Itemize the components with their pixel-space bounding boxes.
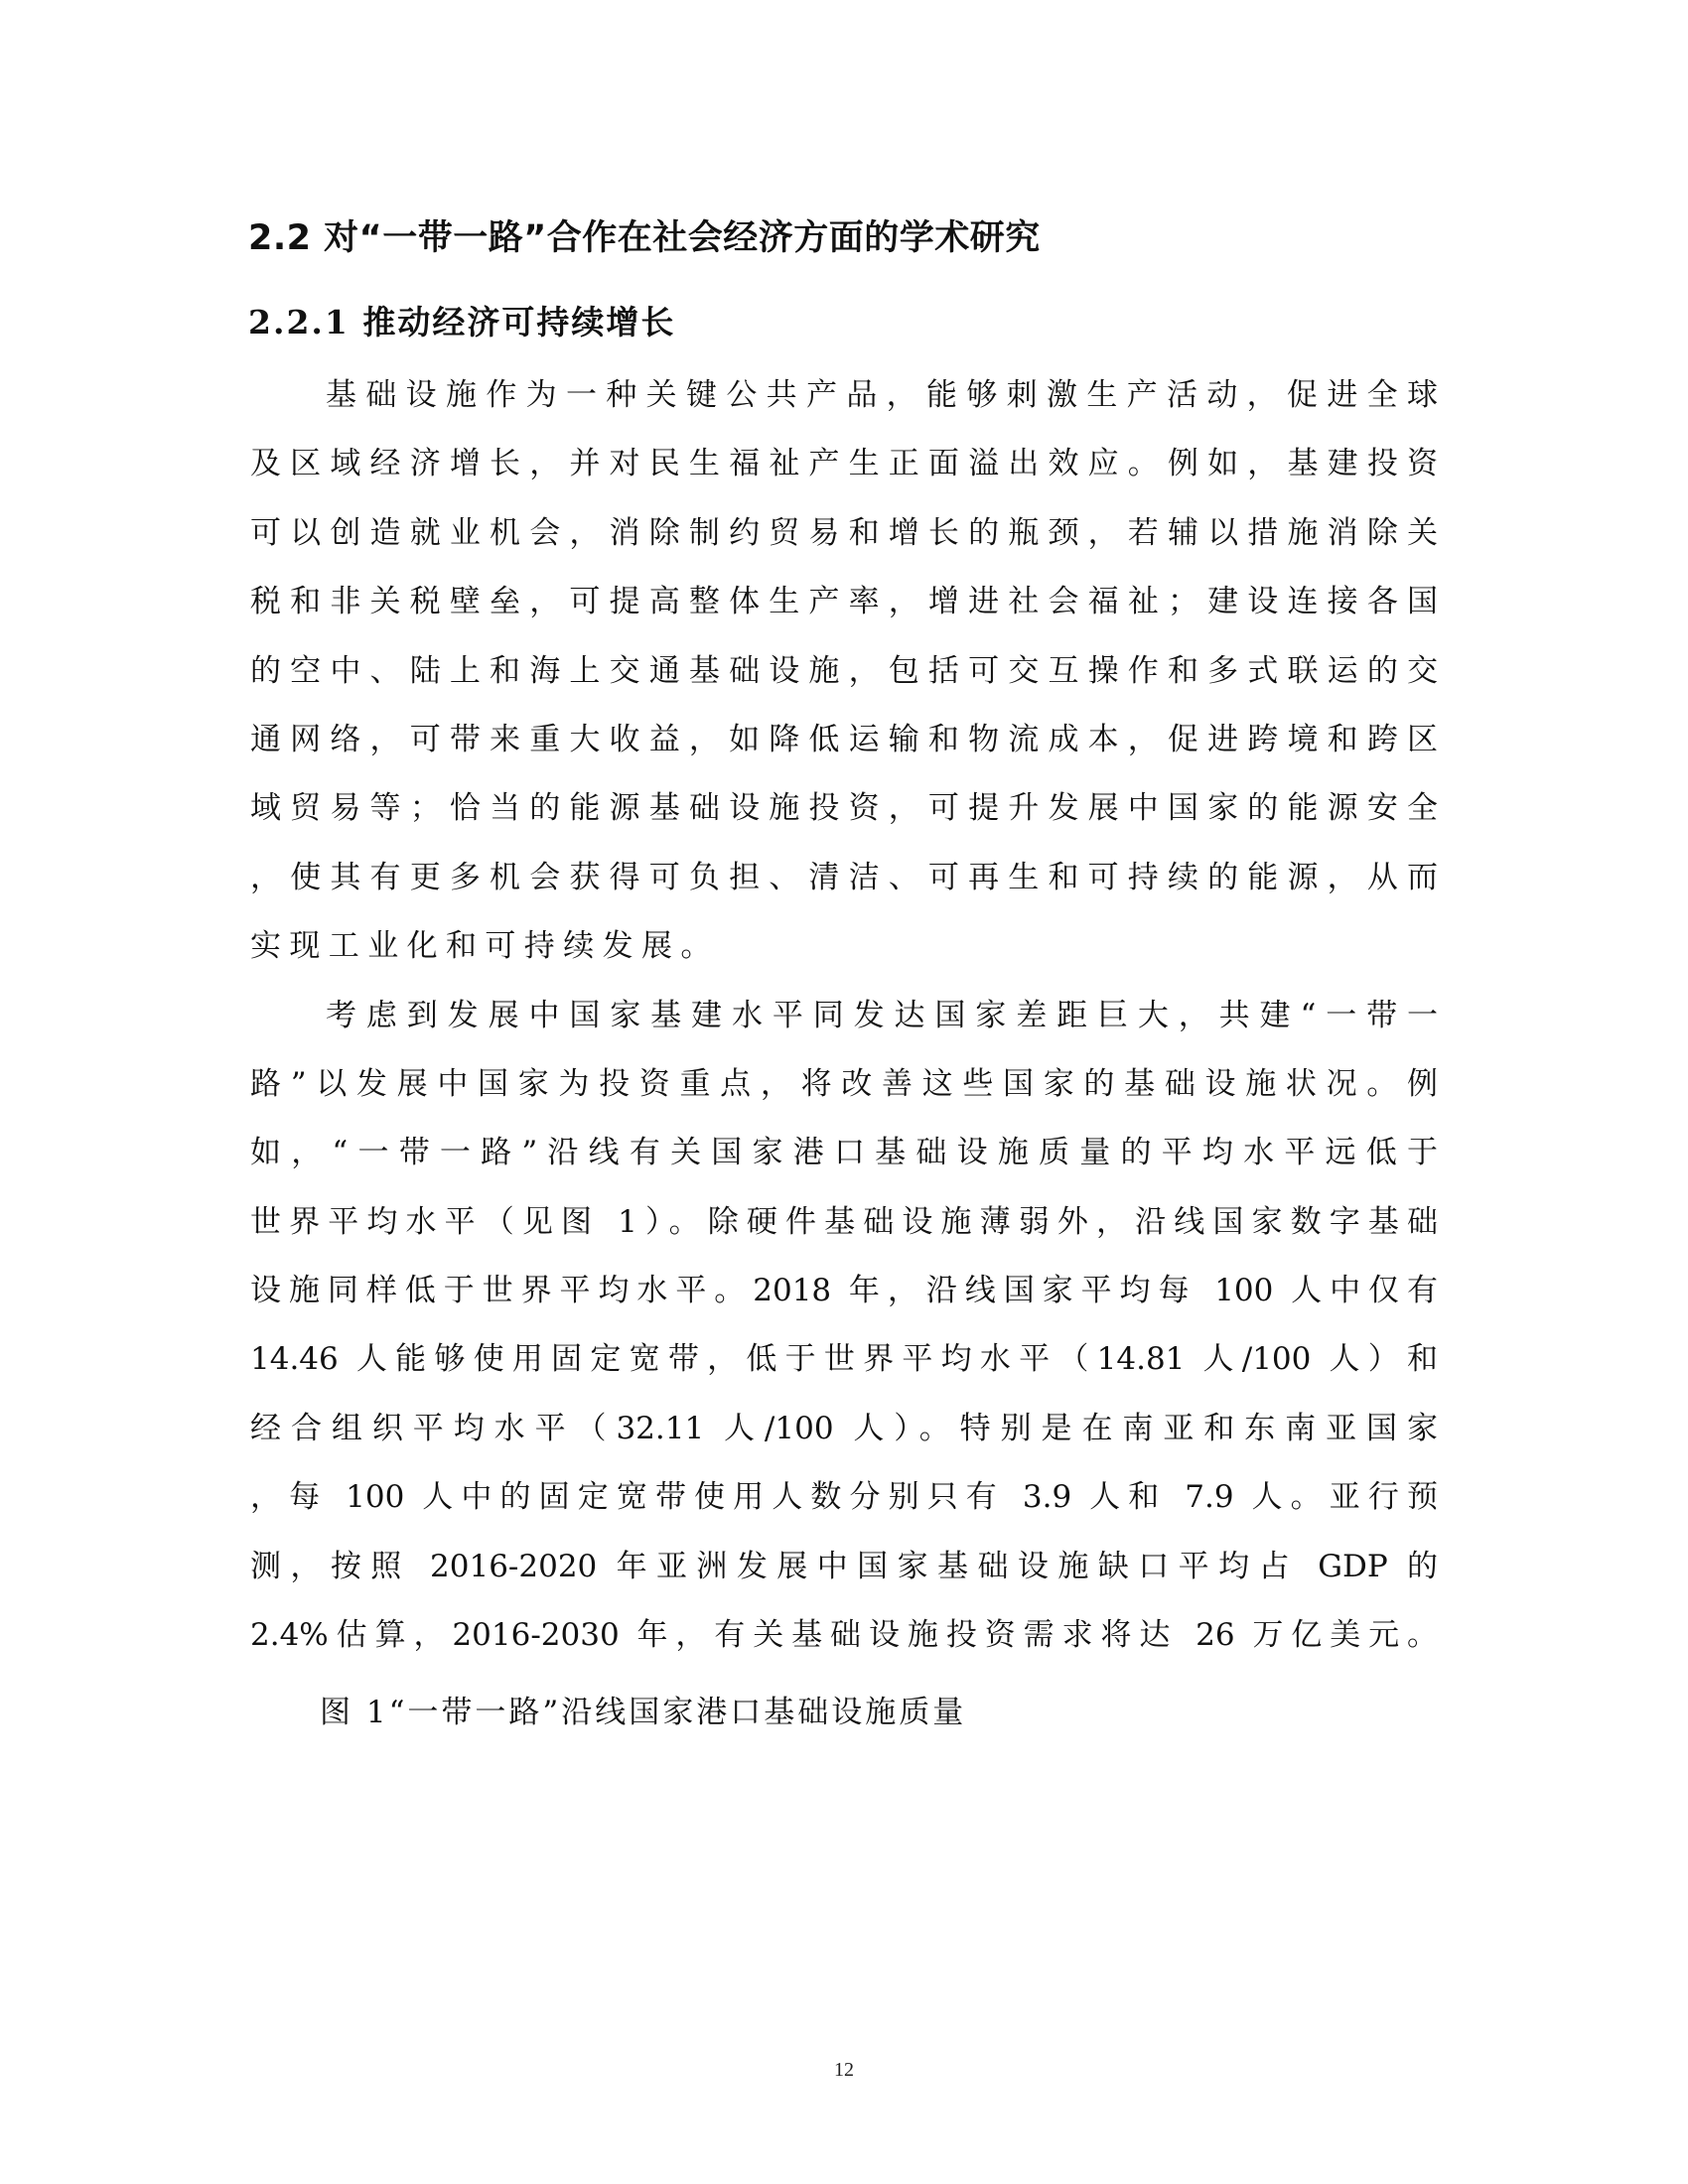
section-heading: 2.2 对“一带一路”合作在社会经济方面的学术研究 — [248, 214, 1440, 262]
text-line: 及区域经济增长，并对民生福祉产生正面溢出效应。例如，基建投资 — [250, 439, 1438, 507]
document-page: 2.2 对“一带一路”合作在社会经济方面的学术研究 2.2.1 推动经济可持续增… — [0, 0, 1688, 2184]
text-line: 如，“一带一路”沿线有关国家港口基础设施质量的平均水平远低于 — [250, 1128, 1438, 1196]
page-number: 12 — [0, 2055, 1688, 2085]
subsection-heading: 2.2.1 推动经济可持续增长 — [248, 300, 1440, 345]
text-line: ，使其有更多机会获得可负担、清洁、可再生和可持续的能源，从而 — [250, 853, 1438, 921]
text-line: 税和非关税壁垒，可提高整体生产率，增进社会福祉；建设连接各国 — [250, 577, 1438, 645]
text-line: 可以创造就业机会，消除制约贸易和增长的瓶颈，若辅以措施消除关 — [250, 508, 1438, 577]
paragraph-2: 考虑到发展中国家基建水平同发达国家差距巨大，共建“一带一 路”以发展中国家为投资… — [250, 991, 1438, 1680]
paragraph-1: 基础设施作为一种关键公共产品，能够刺激生产活动，促进全球 及区域经济增长，并对民… — [250, 370, 1438, 991]
text-line: 实现工业化和可持续发展。 — [250, 921, 1438, 990]
figure-caption: 图 1“一带一路”沿线国家港口基础设施质量 — [320, 1688, 966, 1737]
text-line: 通网络，可带来重大收益，如降低运输和物流成本，促进跨境和跨区 — [250, 715, 1438, 783]
text-line: 设施同样低于世界平均水平。2018 年，沿线国家平均每 100 人中仅有 — [250, 1266, 1438, 1334]
text-line: 路”以发展中国家为投资重点，将改善这些国家的基础设施状况。例 — [250, 1059, 1438, 1128]
text-line: 经合组织平均水平（32.11 人/100 人）。特别是在南亚和东南亚国家 — [250, 1404, 1438, 1472]
text-line: 世界平均水平（见图 1）。除硬件基础设施薄弱外，沿线国家数字基础 — [250, 1197, 1438, 1266]
text-line: 域贸易等；恰当的能源基础设施投资，可提升发展中国家的能源安全 — [250, 783, 1438, 852]
text-line: 14.46 人能够使用固定宽带，低于世界平均水平（14.81 人/100 人）和 — [250, 1334, 1438, 1403]
text-line: 的空中、陆上和海上交通基础设施，包括可交互操作和多式联运的交 — [250, 646, 1438, 715]
text-line: 考虑到发展中国家基建水平同发达国家差距巨大，共建“一带一 — [250, 991, 1438, 1059]
text-line: 2.4%估算，2016-2030 年，有关基础设施投资需求将达 26 万亿美元。 — [250, 1610, 1438, 1679]
text-line: 基础设施作为一种关键公共产品，能够刺激生产活动，促进全球 — [250, 370, 1438, 439]
body-text: 基础设施作为一种关键公共产品，能够刺激生产活动，促进全球 及区域经济增长，并对民… — [250, 370, 1438, 1679]
text-line: ，每 100 人中的固定宽带使用人数分别只有 3.9 人和 7.9 人。亚行预 — [250, 1472, 1438, 1541]
text-line: 测，按照 2016-2020 年亚洲发展中国家基础设施缺口平均占 GDP 的 — [250, 1542, 1438, 1610]
